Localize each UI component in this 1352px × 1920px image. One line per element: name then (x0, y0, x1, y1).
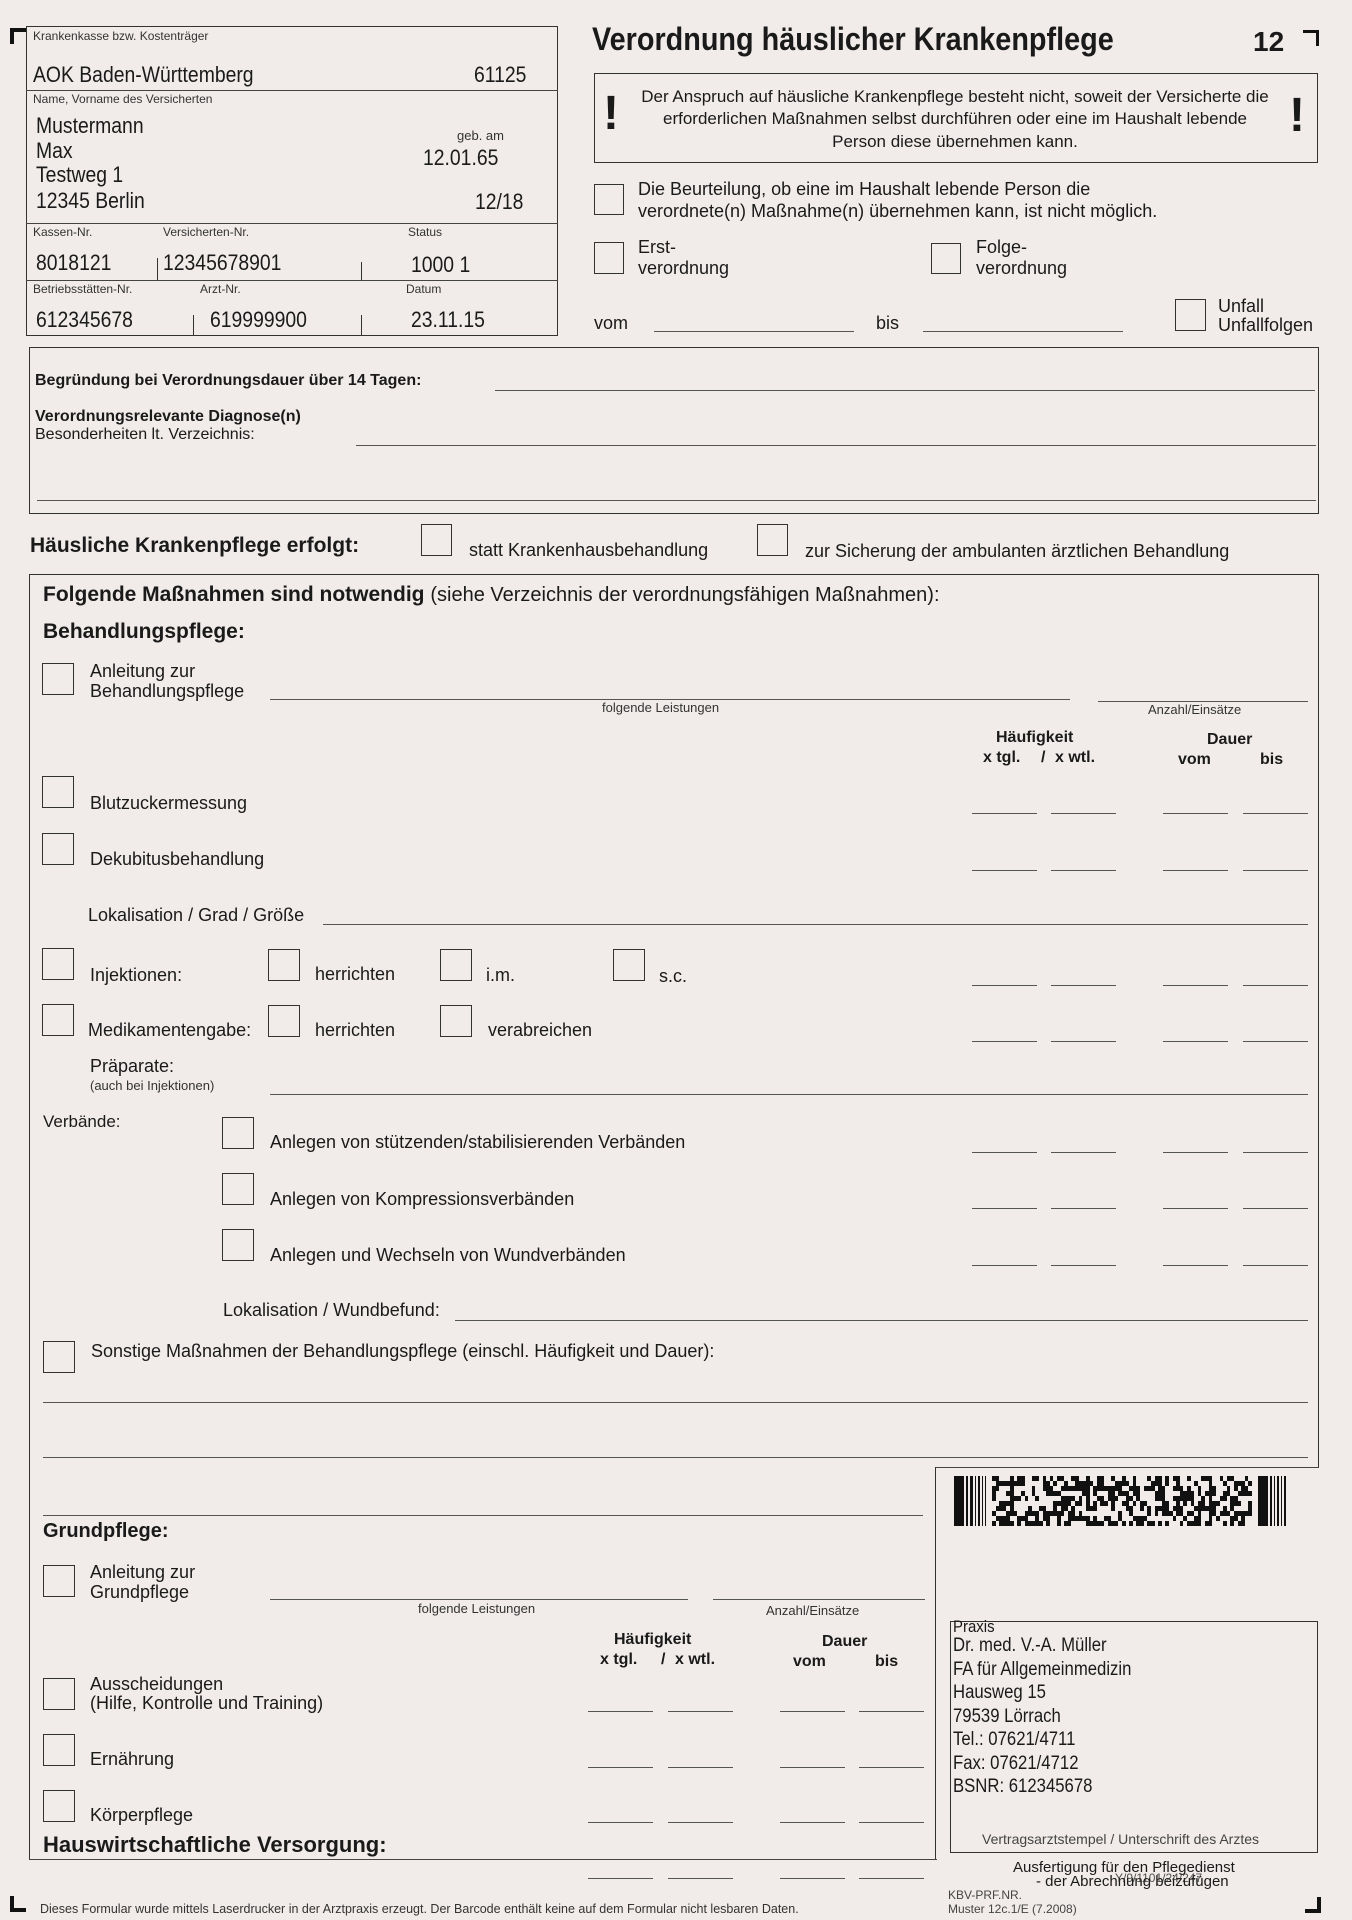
medikamente-verabreichen-label: verabreichen (488, 1021, 592, 1041)
period-bis-label: bis (876, 314, 899, 334)
patient-street: Testweg 1 (36, 163, 123, 187)
versicherten-nr: 12345678901 (163, 251, 281, 275)
bsnr-label: Betriebsstätten-Nr. (33, 283, 132, 296)
measures-heading-rest: (siehe Verzeichnis der verordnungsfähige… (430, 584, 939, 606)
checkbox-injektionen-im[interactable] (440, 949, 472, 981)
checkbox-sonstige-massnahmen[interactable] (43, 1341, 75, 1373)
injektionen-sc-label: s.c. (659, 967, 687, 987)
divider (193, 315, 194, 336)
x-tgl-field[interactable] (588, 1767, 653, 1768)
checkbox-dekubitusbehandlung[interactable] (42, 833, 74, 865)
name-label: Name, Vorname des Versicherten (33, 93, 212, 106)
checkbox-medikamente-herrichten[interactable] (268, 1005, 300, 1037)
card-valid-until: 12/18 (475, 190, 523, 214)
measures-box-bottom (29, 1859, 937, 1860)
x-tgl-field[interactable] (972, 1208, 1037, 1209)
grundpflege-folgende-leistungen-caption: folgende Leistungen (418, 1602, 535, 1616)
x-wtl-field[interactable] (1051, 1152, 1116, 1153)
dauer-bis-field[interactable] (1243, 1152, 1308, 1153)
ausscheidungen-line1: Ausscheidungen (90, 1675, 223, 1695)
erstverordnung-line1: Erst- (638, 238, 676, 258)
sonstige-massnahmen-label: Sonstige Maßnahmen der Behandlungspflege… (91, 1342, 714, 1362)
kassen-nr-label: Kassen-Nr. (33, 226, 92, 239)
dauer-vom-field[interactable] (780, 1878, 845, 1879)
blutzuckermessung-label: Blutzuckermessung (90, 794, 247, 814)
anleitung-grundpflege-line2: Grundpflege (90, 1583, 189, 1603)
x-wtl-field[interactable] (668, 1767, 733, 1768)
dauer-vom-field[interactable] (1163, 813, 1228, 814)
medikamentengabe-label: Medikamentengabe: (88, 1021, 251, 1041)
kbv-prf-nr: KBV-PRF.NR. (948, 1889, 1022, 1902)
x-tgl-field[interactable] (588, 1711, 653, 1712)
dekubitusbehandlung-label: Dekubitusbehandlung (90, 850, 264, 870)
dauer-bis-field[interactable] (859, 1822, 924, 1823)
insurer-code: 61125 (474, 63, 526, 87)
notice-exclamation-right: ! (1289, 90, 1305, 143)
corner-mark-top-left (10, 28, 26, 44)
divider (361, 315, 362, 336)
x-wtl-field[interactable] (1051, 870, 1116, 871)
koerperpflege-label: Körperpflege (90, 1806, 193, 1826)
x-wtl-field[interactable] (1051, 813, 1116, 814)
x-tgl-field[interactable] (972, 1041, 1037, 1042)
bis-header: bis (1260, 751, 1283, 769)
dauer-bis-field[interactable] (1243, 813, 1308, 814)
patient-last-name: Mustermann (36, 114, 144, 138)
dob-label: geb. am (457, 129, 504, 143)
pdf417-barcode (954, 1476, 1286, 1526)
erstverordnung-line2: verordnung (638, 259, 729, 279)
hauswirtschaft-label: Hauswirtschaftliche Versorgung: (43, 1833, 387, 1857)
verband-kompression-label: Anlegen von Kompressionsverbänden (270, 1190, 574, 1210)
lokalisation-grad-label: Lokalisation / Grad / Größe (88, 906, 304, 926)
measures-heading-bold: Folgende Maßnahmen sind notwendig (43, 583, 425, 606)
verband-wund-label: Anlegen und Wechseln von Wundverbänden (270, 1246, 626, 1266)
x-wtl-field[interactable] (1051, 1041, 1116, 1042)
arzt-nr-value: 619999900 (210, 308, 307, 332)
datum-label: Datum (406, 283, 441, 296)
corner-mark-bottom-right (1305, 1897, 1321, 1913)
checkbox-verband-stuetzend[interactable] (222, 1117, 254, 1149)
insurer-label: Krankenkasse bzw. Kostenträger (33, 30, 208, 43)
checkbox-statt-krankenhaus[interactable] (421, 524, 452, 556)
x-wtl-field[interactable] (668, 1711, 733, 1712)
dauer-vom-field[interactable] (780, 1711, 845, 1712)
stamp-line: Hausweg 15 (953, 1683, 1046, 1704)
checkbox-medikamente-verabreichen[interactable] (440, 1005, 472, 1037)
grundpflege-slash-header: / (661, 1651, 665, 1669)
divider (361, 262, 362, 280)
lokalisation-wund-label: Lokalisation / Wundbefund: (223, 1301, 440, 1321)
dauer-bis-field[interactable] (1243, 1208, 1308, 1209)
x-tgl-field[interactable] (972, 813, 1037, 814)
x-tgl-header: x tgl. (983, 749, 1020, 767)
measures-heading: Folgende Maßnahmen sind notwendig (siehe… (43, 583, 940, 606)
grundpflege-title: Grundpflege: (43, 1520, 169, 1542)
verbaende-label: Verbände: (43, 1113, 121, 1132)
diagnose-field-2[interactable] (37, 500, 1316, 501)
checkbox-unfall[interactable] (1175, 299, 1206, 331)
lokalisation-wund-field[interactable] (455, 1320, 1308, 1321)
checkbox-ausscheidungen[interactable] (43, 1678, 75, 1710)
divider (26, 90, 558, 91)
bsnr-value: 612345678 (36, 308, 133, 332)
divider (26, 223, 558, 224)
dauer-vom-field[interactable] (1163, 1265, 1228, 1266)
insurer-name: AOK Baden-Württemberg (33, 63, 254, 87)
checkbox-verband-kompression[interactable] (222, 1173, 254, 1205)
beurteilung-text-line2: verordnete(n) Maßnahme(n) übernehmen kan… (638, 202, 1157, 222)
x-tgl-field[interactable] (972, 985, 1037, 986)
behandlungspflege-title: Behandlungspflege: (43, 620, 245, 643)
folgeverordnung-line2: verordnung (976, 259, 1067, 279)
x-tgl-field[interactable] (588, 1878, 653, 1879)
diagnose-label: Verordnungsrelevante Diagnose(n) (35, 408, 301, 426)
dauer-bis-field[interactable] (1243, 1265, 1308, 1266)
dauer-bis-field[interactable] (1243, 1041, 1308, 1042)
injektionen-label: Injektionen: (90, 966, 182, 986)
erfolgt-label: Häusliche Krankenpflege erfolgt: (30, 534, 359, 557)
disclaimer: Dieses Formular wurde mittels Laserdruck… (40, 1903, 799, 1917)
status-value: 1000 1 (411, 253, 470, 277)
anleitung-grundpflege-line1: Anleitung zur (90, 1563, 195, 1583)
patient-dob: 12.01.65 (423, 146, 498, 170)
ausscheidungen-line2: (Hilfe, Kontrolle und Training) (90, 1694, 323, 1714)
stamp-line: 79539 Lörrach (953, 1707, 1061, 1728)
x-tgl-field[interactable] (588, 1822, 653, 1823)
form-title: Verordnung häuslicher Krankenpflege (592, 22, 1114, 57)
erfolgt-option-sicherung-ambulant: zur Sicherung der ambulanten ärztlichen … (805, 542, 1229, 562)
measures-box-left-lower (29, 1467, 30, 1859)
ernaehrung-label: Ernährung (90, 1750, 174, 1770)
diagnose-field-1[interactable] (356, 445, 1316, 446)
stamp-line: BSNR: 612345678 (953, 1777, 1092, 1798)
grundpflege-dauer-header: Dauer (822, 1633, 867, 1651)
lokalisation-grad-field[interactable] (323, 924, 1308, 925)
slash-header: / (1041, 749, 1045, 767)
dauer-vom-field[interactable] (1163, 1208, 1228, 1209)
praeparate-label: Präparate: (90, 1057, 174, 1077)
folgeverordnung-line1: Folge- (976, 238, 1027, 258)
dauer-vom-field[interactable] (1163, 1152, 1228, 1153)
sonstige-field-2[interactable] (43, 1457, 1308, 1458)
stamp-line: FA für Allgemeinmedizin (953, 1660, 1131, 1681)
checkbox-verband-wund[interactable] (222, 1229, 254, 1261)
verband-stuetzend-label: Anlegen von stützenden/stabilisierenden … (270, 1133, 685, 1153)
form-number: 12 (1253, 27, 1284, 58)
anleitung-grundpflege-leistungen-field[interactable] (270, 1599, 688, 1600)
checkbox-anleitung-grundpflege[interactable] (43, 1565, 75, 1597)
dauer-bis-field[interactable] (859, 1711, 924, 1712)
corner-mark-top-right (1303, 30, 1319, 46)
anzahl-einsaetze-caption: Anzahl/Einsätze (1148, 703, 1241, 717)
sonstige-field-1[interactable] (43, 1402, 1308, 1403)
checkbox-koerperpflege[interactable] (43, 1790, 75, 1822)
x-wtl-field[interactable] (668, 1822, 733, 1823)
x-wtl-field[interactable] (1051, 1208, 1116, 1209)
dauer-bis-field[interactable] (1243, 870, 1308, 871)
overprint-code: Y/9/1101/24/247 (1115, 1872, 1202, 1885)
period-vom-label: vom (594, 314, 628, 334)
x-tgl-field[interactable] (972, 870, 1037, 871)
sonstige-field-3[interactable] (43, 1515, 923, 1516)
notice-text: Der Anspruch auf häusliche Krankenpflege… (640, 86, 1270, 153)
grundpflege-bis-header: bis (875, 1653, 898, 1671)
checkbox-anleitung-behandlungspflege[interactable] (42, 663, 74, 695)
notice-exclamation-left: ! (603, 88, 619, 141)
checkbox-ernaehrung[interactable] (43, 1734, 75, 1766)
x-wtl-field[interactable] (668, 1878, 733, 1879)
kassen-nr: 8018121 (36, 251, 111, 275)
x-tgl-field[interactable] (972, 1265, 1037, 1266)
checkbox-sicherung-ambulant[interactable] (757, 524, 788, 556)
dauer-bis-field[interactable] (1243, 985, 1308, 986)
stamp-line: Fax: 07621/4712 (953, 1754, 1079, 1775)
injektionen-herrichten-label: herrichten (315, 965, 395, 985)
muster-number: Muster 12c.1/E (7.2008) (948, 1903, 1077, 1916)
dauer-bis-field[interactable] (859, 1878, 924, 1879)
grundpflege-anzahl-einsaetze-caption: Anzahl/Einsätze (766, 1604, 859, 1618)
folgende-leistungen-caption: folgende Leistungen (602, 701, 719, 715)
injektionen-im-label: i.m. (486, 966, 515, 986)
checkbox-beurteilung-nicht-moeglich[interactable] (594, 184, 624, 215)
unfall-line2: Unfallfolgen (1218, 316, 1313, 336)
x-wtl-header: x wtl. (1055, 749, 1095, 767)
grundpflege-vom-header: vom (793, 1653, 826, 1671)
period-bis-field[interactable] (923, 331, 1123, 332)
x-wtl-field[interactable] (1051, 1265, 1116, 1266)
versicherten-nr-label: Versicherten-Nr. (163, 226, 249, 239)
grundpflege-x-wtl-header: x wtl. (675, 1651, 715, 1669)
medikamente-herrichten-label: herrichten (315, 1021, 395, 1041)
status-label: Status (408, 226, 442, 239)
dauer-vom-field[interactable] (780, 1822, 845, 1823)
grundpflege-haeufigkeit-header: Häufigkeit (614, 1631, 691, 1649)
haeufigkeit-header: Häufigkeit (996, 729, 1073, 747)
patient-city: 12345 Berlin (36, 189, 145, 213)
anleitung-behandlungspflege-line1: Anleitung zur (90, 662, 195, 682)
dauer-vom-field[interactable] (1163, 1041, 1228, 1042)
dauer-vom-field[interactable] (780, 1767, 845, 1768)
stamp-line: Dr. med. V.-A. Müller (953, 1636, 1107, 1657)
divider (157, 258, 158, 280)
praeparate-note: (auch bei Injektionen) (90, 1079, 214, 1093)
begruendung-label: Begründung bei Verordnungsdauer über 14 … (35, 372, 421, 390)
period-vom-field[interactable] (654, 331, 854, 332)
besonderheiten-label: Besonderheiten lt. Verzeichnis: (35, 426, 255, 444)
stamp-caption: Vertragsarztstempel / Unterschrift des A… (982, 1832, 1259, 1847)
begruendung-field[interactable] (495, 390, 1315, 391)
dauer-vom-field[interactable] (1163, 985, 1228, 986)
checkbox-blutzuckermessung[interactable] (42, 776, 74, 808)
dauer-bis-field[interactable] (859, 1767, 924, 1768)
beurteilung-text-line1: Die Beurteilung, ob eine im Haushalt leb… (638, 180, 1090, 200)
praeparate-field[interactable] (270, 1094, 1308, 1095)
erfolgt-option-statt-krankenhaus: statt Krankenhausbehandlung (469, 541, 708, 561)
checkbox-medikamentengabe[interactable] (42, 1004, 74, 1036)
grundpflege-x-tgl-header: x tgl. (600, 1651, 637, 1669)
divider (26, 280, 558, 281)
dauer-vom-field[interactable] (1163, 870, 1228, 871)
x-wtl-field[interactable] (1051, 985, 1116, 986)
x-tgl-field[interactable] (972, 1152, 1037, 1153)
corner-mark-bottom-left (10, 1896, 26, 1912)
checkbox-erstverordnung[interactable] (594, 242, 624, 274)
checkbox-injektionen[interactable] (42, 948, 74, 980)
stamp-line: Tel.: 07621/4711 (953, 1730, 1075, 1751)
vom-header: vom (1178, 751, 1211, 769)
checkbox-injektionen-sc[interactable] (613, 949, 645, 981)
stamp-line: Praxis (953, 1618, 995, 1637)
arzt-nr-label: Arzt-Nr. (200, 283, 241, 296)
anleitung-grundpflege-anzahl-field[interactable] (713, 1599, 925, 1600)
dauer-header: Dauer (1207, 731, 1252, 749)
checkbox-injektionen-herrichten[interactable] (268, 949, 300, 981)
datum-value: 23.11.15 (411, 308, 485, 332)
unfall-line1: Unfall (1218, 297, 1264, 317)
patient-first-name: Max (36, 139, 73, 163)
anleitung-behandlungspflege-line2: Behandlungspflege (90, 682, 244, 702)
checkbox-folgeverordnung[interactable] (931, 243, 961, 274)
